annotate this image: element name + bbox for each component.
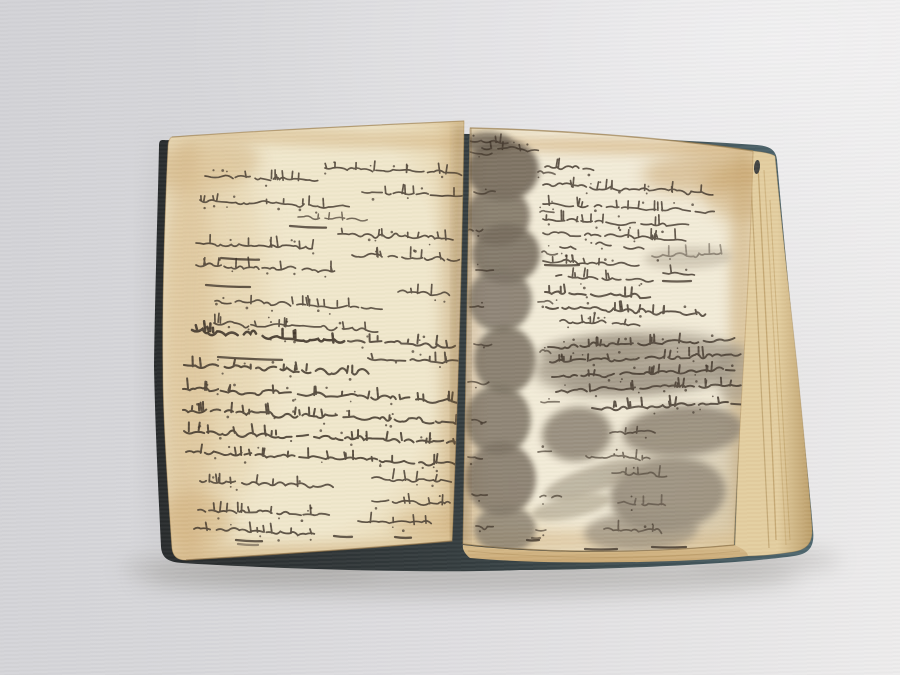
left-page xyxy=(147,118,472,568)
right-page xyxy=(450,128,782,555)
photo-backdrop xyxy=(0,0,900,675)
manuscript-photo xyxy=(0,0,900,675)
